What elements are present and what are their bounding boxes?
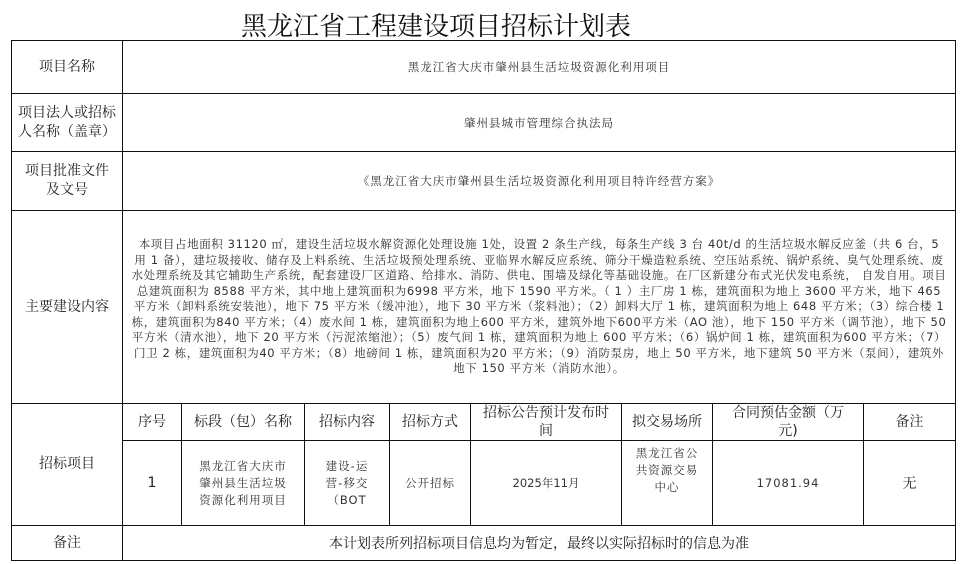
page-title: 黑龙江省工程建设项目招标计划表 xyxy=(0,6,962,43)
row-approval-doc: 项目批准文件及文号 《黑龙江省大庆市肇州县生活垃圾资源化利用项目特许经营方案》 xyxy=(12,152,956,211)
main-content-value: 本项目占地面积 31120 ㎡，建设生活垃圾水解资源化处理设施 1处，设置 2 … xyxy=(123,211,956,404)
row-remark: 备注 本计划表所列招标项目信息均为暂定，最终以实际招标时的信息为准 xyxy=(12,526,956,561)
header-section-name: 标段（包）名称 xyxy=(182,404,305,441)
item-no: 1 xyxy=(123,441,182,526)
item-method: 公开招标 xyxy=(390,441,471,526)
project-name-value: 黑龙江省大庆市肇州县生活垃圾资源化利用项目 xyxy=(123,41,956,94)
approval-doc-label: 项目批准文件及文号 xyxy=(12,152,123,211)
row-main-content: 主要建设内容 本项目占地面积 31120 ㎡，建设生活垃圾水解资源化处理设施 1… xyxy=(12,211,956,404)
bid-plan-table: 项目名称 黑龙江省大庆市肇州县生活垃圾资源化利用项目 项目法人或招标人名称（盖章… xyxy=(11,40,956,561)
header-content: 招标内容 xyxy=(305,404,390,441)
remark-value: 本计划表所列招标项目信息均为暂定，最终以实际招标时的信息为准 xyxy=(123,526,956,561)
bid-item-row: 1 黑龙江省大庆市肇州县生活垃圾资源化利用项目 建设-运营-移交（BOT 公开招… xyxy=(12,441,956,526)
item-remark: 无 xyxy=(864,441,956,526)
legal-person-value: 肇州县城市管理综合执法局 xyxy=(123,94,956,152)
header-venue: 拟交易场所 xyxy=(622,404,713,441)
legal-person-label: 项目法人或招标人名称（盖章） xyxy=(12,94,123,152)
header-publish-time: 招标公告预计发布时间 xyxy=(471,404,622,441)
bid-items-header-row: 招标项目 序号 标段（包）名称 招标内容 招标方式 招标公告预计发布时间 拟交易… xyxy=(12,404,956,441)
row-project-name: 项目名称 黑龙江省大庆市肇州县生活垃圾资源化利用项目 xyxy=(12,41,956,94)
row-legal-person: 项目法人或招标人名称（盖章） 肇州县城市管理综合执法局 xyxy=(12,94,956,152)
main-content-label: 主要建设内容 xyxy=(12,211,123,404)
header-amount: 合同预估金额（万元) xyxy=(713,404,864,441)
header-remark: 备注 xyxy=(864,404,956,441)
item-publish-time: 2025年11月 xyxy=(471,441,622,526)
remark-label: 备注 xyxy=(12,526,123,561)
project-name-label: 项目名称 xyxy=(12,41,123,94)
item-content: 建设-运营-移交（BOT xyxy=(305,441,390,526)
item-section-name: 黑龙江省大庆市肇州县生活垃圾资源化利用项目 xyxy=(182,441,305,526)
header-method: 招标方式 xyxy=(390,404,471,441)
header-no: 序号 xyxy=(123,404,182,441)
bid-items-label: 招标项目 xyxy=(12,404,123,526)
item-venue: 黑龙江省公共资源交易中心 xyxy=(622,441,713,526)
item-amount: 17081.94 xyxy=(713,441,864,526)
approval-doc-value: 《黑龙江省大庆市肇州县生活垃圾资源化利用项目特许经营方案》 xyxy=(123,152,956,211)
